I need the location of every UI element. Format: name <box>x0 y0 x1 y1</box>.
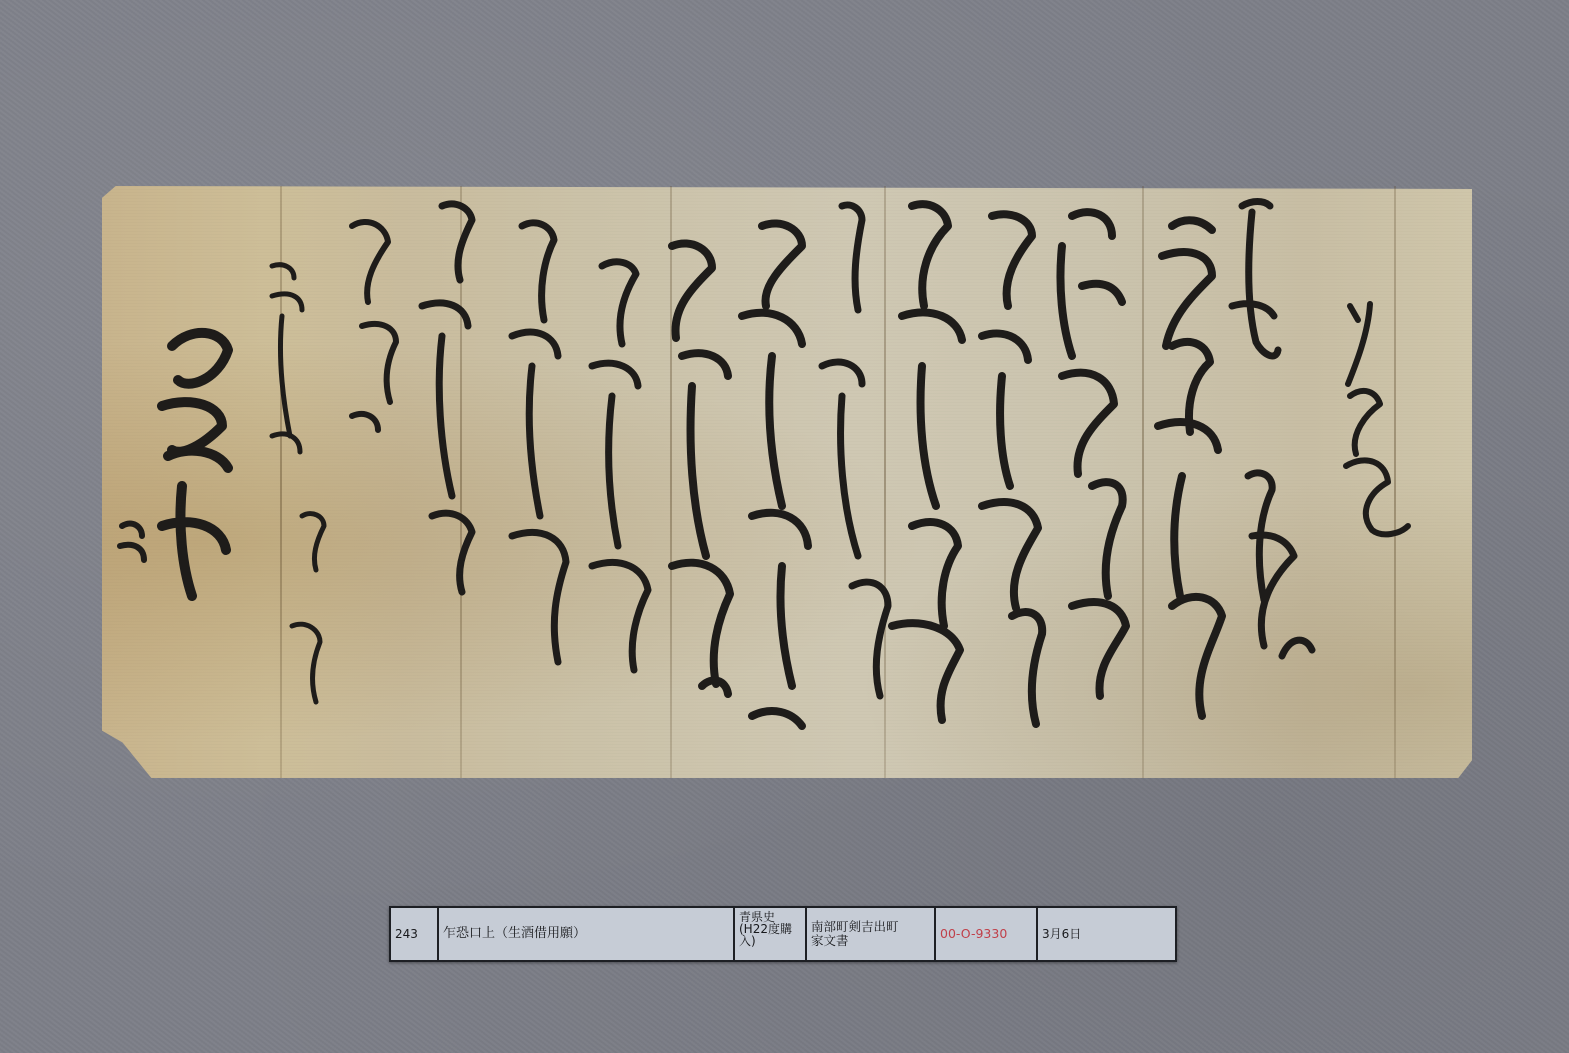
label-number: 243 <box>391 908 439 960</box>
label-source: 青県史 (H22度購 入) <box>735 908 807 960</box>
fold-line <box>884 186 886 778</box>
historical-document <box>102 186 1472 778</box>
label-catalog-id: 00-O-9330 <box>936 908 1038 960</box>
label-collection: 南部町剣吉出町 家文書 <box>807 908 936 960</box>
label-title: 乍恐口上（生酒借用願） <box>439 908 735 960</box>
fold-line <box>670 186 672 778</box>
fold-line <box>1142 186 1144 778</box>
fold-line <box>460 186 462 778</box>
document-paper <box>102 186 1472 778</box>
fold-line <box>280 186 282 778</box>
label-date: 3月6日 <box>1038 908 1175 960</box>
fold-line <box>1394 186 1396 778</box>
catalog-label: 243 乍恐口上（生酒借用願） 青県史 (H22度購 入) 南部町剣吉出町 家文… <box>389 906 1177 962</box>
